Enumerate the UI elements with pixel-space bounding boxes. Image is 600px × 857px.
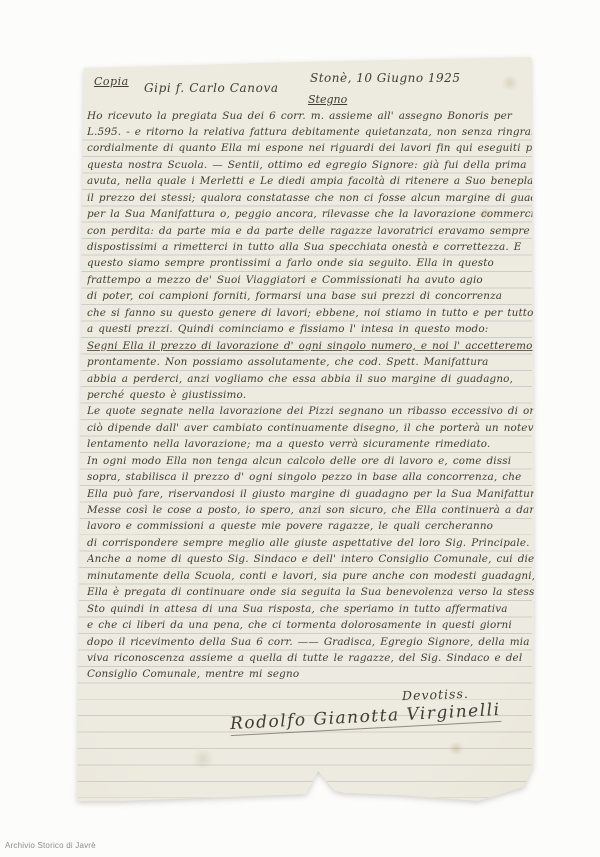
handwriting-line: per la Sua Manifattura o, peggio ancora,… bbox=[87, 206, 536, 222]
handwriting-line: L.595. - e ritorno la relativa fattura d… bbox=[87, 124, 536, 140]
addressee-line: Gipi f. Carlo Canova bbox=[144, 81, 279, 95]
handwriting-line: cordialmente di quanto Ella mi espone ne… bbox=[87, 140, 536, 156]
handwriting-line: Messe così le cose a posto, io spero, an… bbox=[87, 502, 536, 518]
handwriting-line: minutamente della Scuola, conti e lavori… bbox=[87, 568, 536, 584]
handwriting-line: Ho ricevuto la pregiata Sua dei 6 corr. … bbox=[87, 108, 536, 124]
handwriting-line: Ella può fare, riservandosi il giusto ma… bbox=[87, 486, 536, 502]
handwriting-line: ciò dipende dall' aver cambiato continua… bbox=[87, 420, 536, 436]
place-date-line: Stonè, 10 Giugno 1925 bbox=[310, 71, 460, 85]
handwriting-line: frattempo a mezzo de' Suoi Viaggiatori e… bbox=[87, 272, 536, 288]
handwriting-line: In ogni modo Ella non tenga alcun calcol… bbox=[87, 453, 536, 469]
handwriting-line: perché questo è giustissimo. bbox=[87, 387, 536, 403]
handwriting-line: a questi prezzi. Quindi cominciamo e fis… bbox=[87, 321, 536, 337]
handwriting-line: Le quote segnate nella lavorazione dei P… bbox=[87, 403, 536, 419]
handwriting-line: che si fanno su questo genere di lavori;… bbox=[87, 305, 536, 321]
handwriting-line: Sto quindi in attesa di una Sua risposta… bbox=[87, 601, 536, 617]
archive-watermark: Archivio Storico di Javrè bbox=[5, 841, 96, 850]
handwriting-line: Ella è pregata di continuare onde sia se… bbox=[87, 584, 536, 600]
subject-line: Stegno bbox=[308, 93, 347, 106]
handwriting-line: prontamente. Non possiamo assolutamente,… bbox=[87, 354, 536, 370]
handwriting-line: dopo il ricevimento della Sua 6 corr. ——… bbox=[87, 634, 536, 650]
letter-body: Ho ricevuto la pregiata Sua dei 6 corr. … bbox=[87, 108, 536, 683]
scanned-letter-sheet: Copia Gipi f. Carlo Canova Stonè, 10 Giu… bbox=[70, 50, 540, 812]
handwriting-line: Anche a nome di questo Sig. Sindaco e de… bbox=[87, 551, 536, 567]
handwriting-line: con perdita: da parte mia e da parte del… bbox=[87, 223, 536, 239]
handwriting-line: sopra, stabilisca il prezzo d' ogni sing… bbox=[87, 469, 536, 485]
handwriting-line: questo siamo sempre prontissimi a farlo … bbox=[87, 255, 536, 271]
handwriting-line: abbia a perderci, anzi vogliamo che essa… bbox=[87, 371, 536, 387]
handwriting-line: il prezzo dei stessi; qualora constatass… bbox=[87, 190, 536, 206]
valediction: Devotiss. bbox=[402, 686, 469, 703]
copy-label: Copia bbox=[94, 75, 129, 88]
handwriting-line: avuta, nella quale i Merletti e Le diedi… bbox=[87, 173, 536, 189]
handwriting-line: Segni Ella il prezzo di lavorazione d' o… bbox=[87, 338, 536, 354]
handwriting-line: di corrispondere sempre meglio alle gius… bbox=[87, 535, 536, 551]
paper-surface: Copia Gipi f. Carlo Canova Stonè, 10 Giu… bbox=[70, 50, 540, 812]
handwriting-line: di poter, coi campioni forniti, formarsi… bbox=[87, 288, 536, 304]
handwriting-line: dispostissimi a rimetterci in tutto alla… bbox=[87, 239, 536, 255]
handwriting-line: e che ci liberi da una pena, che ci torm… bbox=[87, 617, 536, 633]
handwriting-line: questa nostra Scuola. — Sentii, ottimo e… bbox=[87, 157, 536, 173]
paper-stain bbox=[500, 76, 520, 90]
handwriting-line: Consiglio Comunale, mentre mi segno bbox=[87, 666, 536, 682]
handwriting-line: lavoro e commissioni a queste mie povere… bbox=[87, 518, 536, 534]
handwriting-line: viva riconoscenza assieme a quella di tu… bbox=[87, 650, 536, 666]
handwriting-line: lentamento nella lavorazione; ma a quest… bbox=[87, 436, 536, 452]
